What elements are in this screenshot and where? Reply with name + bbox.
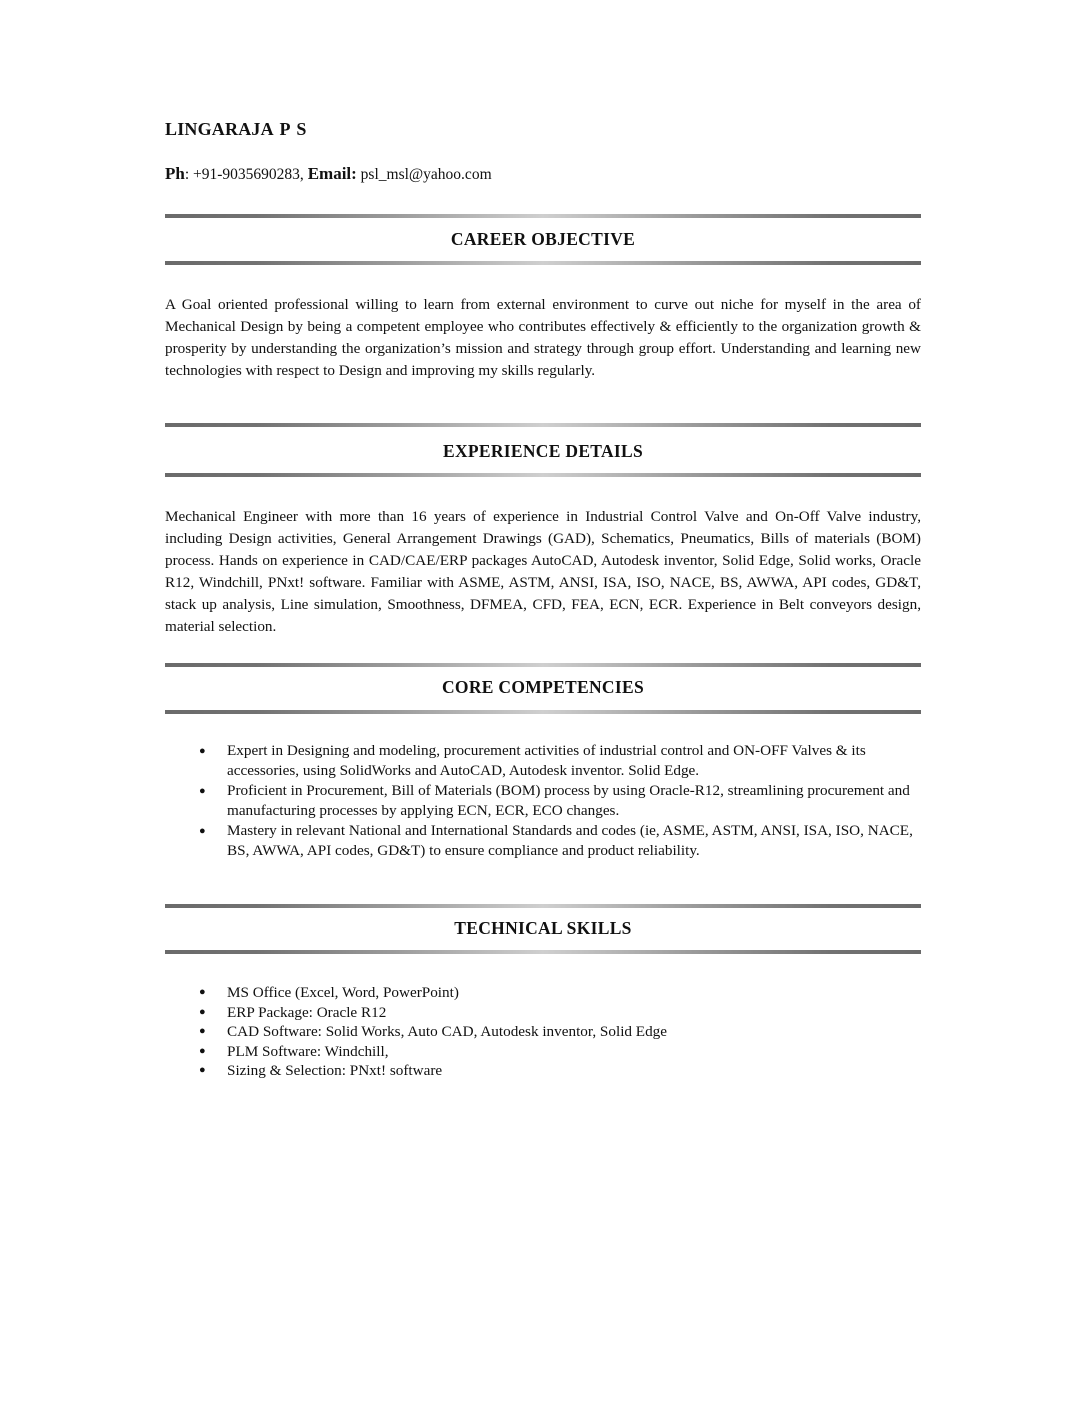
list-item-text: ERP Package: Oracle R12 xyxy=(227,1004,386,1021)
list-item: ● PLM Software: Windchill, xyxy=(165,1042,921,1062)
email-value: psl_msl@yahoo.com xyxy=(357,166,492,183)
list-item: ● Proficient in Procurement, Bill of Mat… xyxy=(165,781,921,821)
phone-value: : +91-9035690283, xyxy=(185,166,308,183)
list-item: ● Mastery in relevant National and Inter… xyxy=(165,821,921,861)
bullet-icon: ● xyxy=(199,741,206,761)
list-item-text: Sizing & Selection: PNxt! software xyxy=(227,1062,442,1079)
section-divider-top xyxy=(165,423,921,427)
section-divider-bottom xyxy=(165,950,921,954)
technical-skills-list: ● MS Office (Excel, Word, PowerPoint) ● … xyxy=(165,983,921,1081)
section-divider-top xyxy=(165,663,921,667)
list-item-text: Mastery in relevant National and Interna… xyxy=(227,822,913,859)
section-divider-bottom xyxy=(165,710,921,714)
list-item: ● ERP Package: Oracle R12 xyxy=(165,1003,921,1023)
bullet-icon: ● xyxy=(199,1061,206,1081)
section-title-experience-details: EXPERIENCE DETAILS xyxy=(165,441,921,462)
career-objective-text: A Goal oriented professional willing to … xyxy=(165,294,921,382)
list-item-text: PLM Software: Windchill, xyxy=(227,1043,389,1060)
bullet-icon: ● xyxy=(199,1022,206,1042)
bullet-icon: ● xyxy=(199,983,206,1003)
list-item-text: CAD Software: Solid Works, Auto CAD, Aut… xyxy=(227,1023,667,1040)
list-item: ● Sizing & Selection: PNxt! software xyxy=(165,1061,921,1081)
section-divider-bottom xyxy=(165,473,921,477)
email-label: Email: xyxy=(308,164,357,183)
candidate-name: LINGARAJA P S xyxy=(165,119,307,140)
list-item-text: MS Office (Excel, Word, PowerPoint) xyxy=(227,984,459,1001)
contact-line: Ph: +91-9035690283, Email: psl_msl@yahoo… xyxy=(165,164,492,184)
bullet-icon: ● xyxy=(199,1003,206,1023)
bullet-icon: ● xyxy=(199,781,206,801)
list-item: ● CAD Software: Solid Works, Auto CAD, A… xyxy=(165,1022,921,1042)
list-item: ● MS Office (Excel, Word, PowerPoint) xyxy=(165,983,921,1003)
experience-details-text: Mechanical Engineer with more than 16 ye… xyxy=(165,506,921,638)
section-title-technical-skills: TECHNICAL SKILLS xyxy=(165,918,921,939)
section-title-core-competencies: CORE COMPETENCIES xyxy=(165,677,921,698)
list-item-text: Expert in Designing and modeling, procur… xyxy=(227,742,866,779)
section-divider-top xyxy=(165,214,921,218)
resume-page: LINGARAJA P S Ph: +91-9035690283, Email:… xyxy=(0,0,1088,1408)
list-item: ● Expert in Designing and modeling, proc… xyxy=(165,741,921,781)
bullet-icon: ● xyxy=(199,821,206,841)
core-competencies-list: ● Expert in Designing and modeling, proc… xyxy=(165,741,921,861)
bullet-icon: ● xyxy=(199,1042,206,1062)
section-divider-top xyxy=(165,904,921,908)
section-title-career-objective: CAREER OBJECTIVE xyxy=(165,229,921,250)
section-divider-bottom xyxy=(165,261,921,265)
list-item-text: Proficient in Procurement, Bill of Mater… xyxy=(227,782,910,819)
phone-label: Ph xyxy=(165,164,185,183)
